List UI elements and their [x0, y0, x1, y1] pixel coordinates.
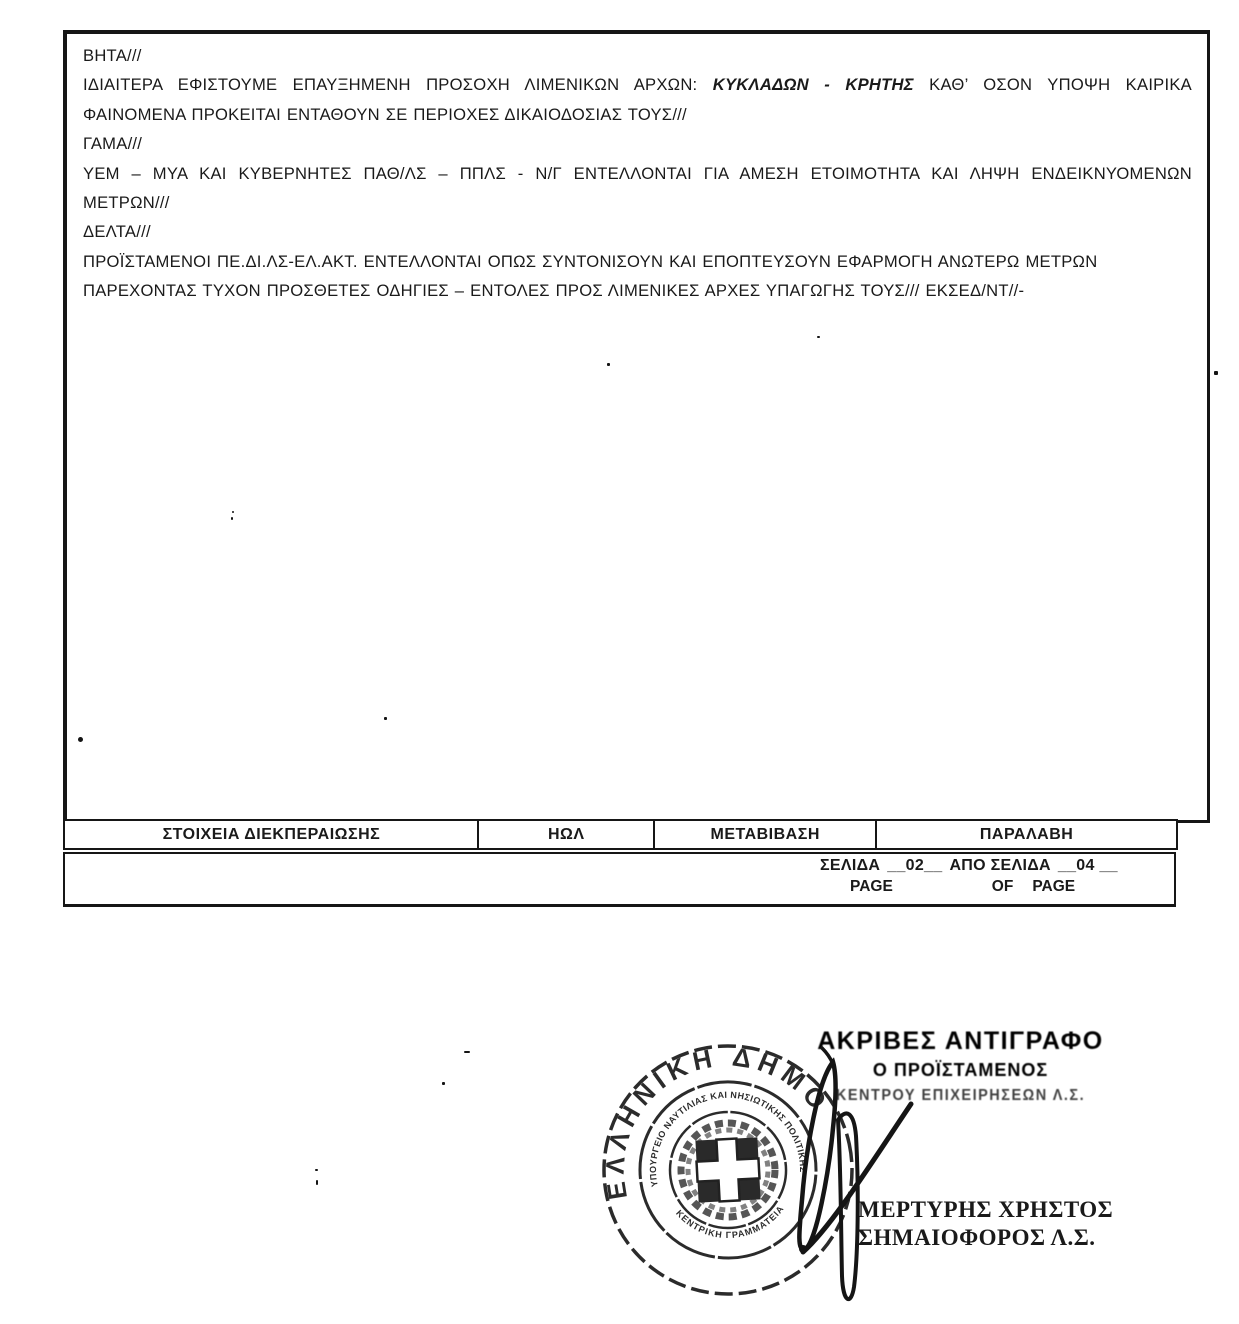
message-line-attention: ΙΔΙΑΙΤΕΡΑ ΕΦΙΣΤΟΥΜΕ ΕΠΑΥΞΗΜΕΝΗ ΠΡΟΣΟΧΗ Λ… — [83, 70, 1192, 99]
page-label-en: PAGE — [850, 878, 893, 895]
message-line-measures: ΜΕΤΡΩΝ/// — [83, 188, 1192, 217]
message-line-orders: ΠΑΡΕΧΟΝΤΑΣ ΤΥΧΟΝ ΠΡΟΣΘΕΤΕΣ ΟΔΗΓΙΕΣ – ΕΝΤ… — [83, 276, 1192, 305]
signature-stroke-apex-tick — [822, 1048, 833, 1064]
page-line-english: PAGEOFPAGE — [820, 878, 1170, 896]
routing-col-reception: ΠΑΡΑΛΑΒΗ — [875, 819, 1178, 850]
handwritten-signature — [770, 1040, 950, 1324]
routing-col-dispatch-details: ΣΤΟΙΧΕΙΑ ΔΙΕΚΠΕΡΑΙΩΣΗΣ — [63, 819, 480, 850]
attention-text-start: ΙΔΙΑΙΤΕΡΑ ΕΦΙΣΤΟΥΜΕ ΕΠΑΥΞΗΜΕΝΗ ΠΡΟΣΟΧΗ Λ… — [83, 75, 713, 94]
scan-speck — [817, 336, 820, 338]
scan-speck — [464, 1051, 470, 1053]
signature-ink-blob — [799, 1245, 807, 1253]
message-line-gamma: ΓΑΜΑ/// — [83, 129, 1192, 158]
message-line-readiness: ΥΕΜ – ΜΥΑ ΚΑΙ ΚΥΒΕΡΝΗΤΕΣ ΠΑΘ/ΛΣ – ΠΠΛΣ -… — [83, 159, 1192, 188]
page-total-value: __04 __ — [1058, 857, 1118, 874]
page-current-value: __02__ — [887, 857, 942, 874]
scan-speck — [384, 717, 387, 720]
message-box: ΒΗΤΑ/// ΙΔΙΑΙΤΕΡΑ ΕΦΙΣΤΟΥΜΕ ΕΠΑΥΞΗΜΕΝΗ Π… — [63, 30, 1210, 823]
page-of-label-el: ΑΠΟ ΣΕΛΙΔΑ — [949, 857, 1050, 874]
scan-speck — [316, 1180, 318, 1185]
page-label-el: ΣΕΛΙΔΑ — [820, 857, 880, 874]
message-line-supervisors: ΠΡΟΪΣΤΑΜΕΝΟΙ ΠΕ.ΔΙ.ΛΣ-ΕΛ.ΑΚΤ. ΕΝΤΕΛΛΟΝΤΑ… — [83, 247, 1192, 276]
routing-col-transmission: ΜΕΤΑΒΙΒΑΣΗ — [653, 819, 878, 850]
routing-col-date-time: ΗΩΛ — [477, 819, 655, 850]
page-line-greek: ΣΕΛΙΔΑ__02__ΑΠΟ ΣΕΛΙΔΑ__04 __ — [820, 857, 1170, 875]
scan-speck — [78, 737, 83, 742]
attention-regions-emphasis: ΚΥΚΛΑΔΩΝ - ΚΡΗΤΗΣ — [713, 75, 914, 94]
scan-speck — [315, 1169, 318, 1171]
scan-speck — [442, 1082, 445, 1085]
of-label-en: OF — [992, 878, 1014, 895]
routing-table-header-row: ΣΤΟΙΧΕΙΑ ΔΙΕΚΠΕΡΑΙΩΣΗΣ ΗΩΛ ΜΕΤΑΒΙΒΑΣΗ ΠΑ… — [63, 819, 1178, 850]
message-line-delta: ΔΕΛΤΑ/// — [83, 217, 1192, 246]
page-number-block: ΣΕΛΙΔΑ__02__ΑΠΟ ΣΕΛΙΔΑ__04 __ PAGEOFPAGE — [820, 857, 1170, 896]
scan-speck — [607, 363, 610, 366]
scan-speck — [232, 511, 234, 513]
message-line-beta: ΒΗΤΑ/// — [83, 41, 1192, 70]
scan-speck — [231, 517, 233, 520]
attention-text-end: ΚΑΘ’ ΟΣΟΝ ΥΠΟΨΗ ΚΑΙΡΙΚΑ — [914, 75, 1192, 94]
scan-speck — [1214, 371, 1218, 375]
page-label-en-2: PAGE — [1032, 878, 1075, 895]
message-line-weather: ΦΑΙΝΟΜΕΝΑ ΠΡΟΚΕΙΤΑΙ ΕΝΤΑΘΟΥΝ ΣΕ ΠΕΡΙΟΧΕΣ… — [83, 100, 1192, 129]
